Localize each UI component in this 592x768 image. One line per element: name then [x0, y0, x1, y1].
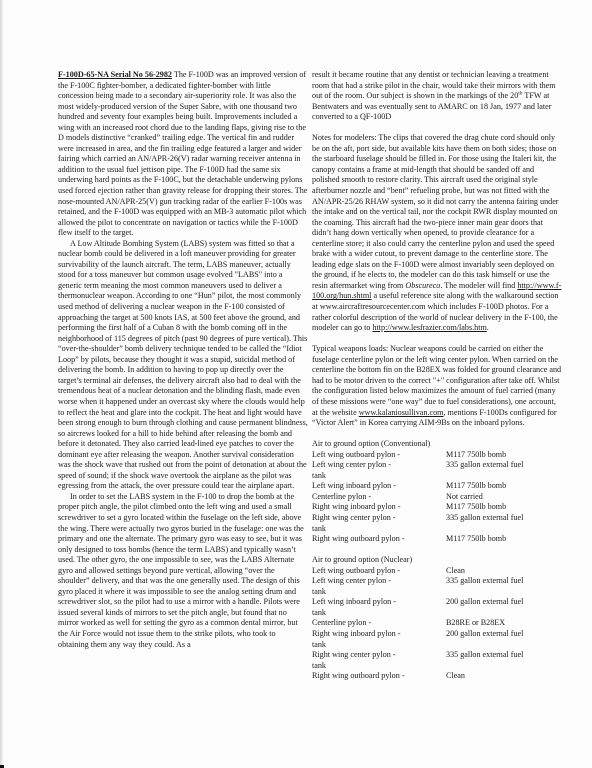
- nuclear-heading: Air to ground option (Nuclear): [312, 555, 562, 566]
- link-aircraft-resource-center[interactable]: www.aircraftresourcecenter.com: [320, 302, 426, 311]
- pylon-position: Right wing center pylon -: [312, 513, 446, 524]
- loadout-row: Left wing center pylon -335 gallon exter…: [312, 576, 562, 587]
- loadout-row: Left wing inboard pylon -200 gallon exte…: [312, 597, 562, 608]
- pylon-position: Left wing outboard pylon -: [312, 450, 446, 461]
- pylon-store: 335 gallon external fuel: [446, 460, 562, 471]
- conventional-heading: Air to ground option (Conventional): [312, 439, 562, 450]
- pylon-position: Left wing outboard pylon -: [312, 566, 446, 577]
- pylon-store: 335 gallon external fuel: [446, 650, 562, 661]
- loadout-entry: Left wing outboard pylon -Clean: [312, 566, 562, 577]
- loadout-row: Right wing inboard pylon -M117 750lb bom…: [312, 502, 562, 513]
- modelers-text-a: Notes for modelers: The clips that cover…: [312, 133, 559, 290]
- loadout-entry: Right wing inboard pylon -M117 750lb bom…: [312, 502, 562, 513]
- pylon-position: Left wing center pylon -: [312, 460, 446, 471]
- pylon-store: 335 gallon external fuel: [446, 513, 562, 524]
- pylon-store: Not carried: [446, 492, 562, 503]
- intro-text: The F-100D was an improved version of th…: [58, 70, 307, 237]
- loadout-row: Left wing center pylon -335 gallon exter…: [312, 460, 562, 471]
- modelers-notes-paragraph: Notes for modelers: The clips that cover…: [312, 133, 562, 333]
- loadout-row: Left wing inboard pylon -M117 750lb bomb: [312, 481, 562, 492]
- pylon-position: Left wing inboard pylon -: [312, 481, 446, 492]
- weapons-loads-paragraph: Typical weapons loads: Nuclear weapons c…: [312, 344, 562, 428]
- pylon-store-continuation: tank: [312, 524, 562, 535]
- modelers-text-e: .: [487, 323, 489, 332]
- pylon-store-continuation: tank: [312, 661, 562, 672]
- pylon-store: B28RE or B28EX: [446, 618, 562, 629]
- loadout-row: Right wing center pylon -335 gallon exte…: [312, 513, 562, 524]
- pylon-position: Centerline pylon -: [312, 492, 446, 503]
- pylon-store: M117 750lb bomb: [446, 481, 562, 492]
- pylon-position: Left wing inboard pylon -: [312, 597, 446, 608]
- loadout-row: Right wing center pylon -335 gallon exte…: [312, 650, 562, 661]
- pylon-store: Clean: [446, 566, 562, 577]
- loadout-entry: Left wing center pylon -335 gallon exter…: [312, 576, 562, 597]
- loadout-entry: Left wing outboard pylon -M117 750lb bom…: [312, 450, 562, 461]
- pylon-store: 200 gallon external fuel: [446, 629, 562, 640]
- loadout-entry: Right wing center pylon -335 gallon exte…: [312, 650, 562, 671]
- paragraph-gap: [312, 123, 562, 134]
- pylon-store: M117 750lb bomb: [446, 502, 562, 513]
- article-title: F-100D-65-NA Serial No 56-2982: [58, 70, 172, 79]
- loadout-row: Centerline pylon -B28RE or B28EX: [312, 618, 562, 629]
- document-page: F-100D-65-NA Serial No 56-2982 The F-100…: [0, 0, 592, 768]
- intro-paragraph: F-100D-65-NA Serial No 56-2982 The F-100…: [58, 70, 308, 239]
- scan-edge-shadow: [0, 0, 3, 768]
- loadout-row: Centerline pylon -Not carried: [312, 492, 562, 503]
- pylon-position: Right wing outboard pylon -: [312, 671, 446, 682]
- left-column: F-100D-65-NA Serial No 56-2982 The F-100…: [58, 70, 308, 650]
- loadout-entry: Centerline pylon -B28RE or B28EX: [312, 618, 562, 629]
- pylon-store-continuation: tank: [312, 608, 562, 619]
- brand-obscureco: Obscureco: [405, 281, 440, 290]
- pylon-position: Right wing inboard pylon -: [312, 629, 446, 640]
- continuation-paragraph: result it became routine that any dentis…: [312, 70, 562, 123]
- nuclear-loadout: Air to ground option (Nuclear) Left wing…: [312, 555, 562, 682]
- pylon-store: M117 750lb bomb: [446, 450, 562, 461]
- gyro-paragraph: In order to set the LABS system in the F…: [58, 492, 308, 650]
- paragraph-gap: [312, 545, 562, 556]
- link-lesfrazier[interactable]: http://www.lesfrazier.com/labs.htm: [372, 323, 486, 332]
- weapons-text-a: Typical weapons loads: Nuclear weapons c…: [312, 344, 561, 416]
- loadout-row: Left wing outboard pylon -Clean: [312, 566, 562, 577]
- loadout-entry: Right wing outboard pylon -Clean: [312, 671, 562, 682]
- pylon-store: 200 gallon external fuel: [446, 597, 562, 608]
- pylon-position: Right wing inboard pylon -: [312, 502, 446, 513]
- right-column: result it became routine that any dentis…: [312, 70, 562, 682]
- loadout-row: Right wing inboard pylon -200 gallon ext…: [312, 629, 562, 640]
- loadout-entry: Left wing center pylon -335 gallon exter…: [312, 460, 562, 481]
- loadout-entry: Left wing inboard pylon -200 gallon exte…: [312, 597, 562, 618]
- loadout-row: Right wing outboard pylon -M117 750lb bo…: [312, 534, 562, 545]
- loadout-entry: Right wing inboard pylon -200 gallon ext…: [312, 629, 562, 650]
- pylon-store: M117 750lb bomb: [446, 534, 562, 545]
- paragraph-gap: [312, 429, 562, 440]
- pylon-position: Right wing center pylon -: [312, 650, 446, 661]
- pylon-store-continuation: tank: [312, 587, 562, 598]
- loadout-row: Right wing outboard pylon -Clean: [312, 671, 562, 682]
- pylon-store-continuation: tank: [312, 471, 562, 482]
- modelers-text-b: . The modeler will find: [440, 281, 517, 290]
- pylon-store: 335 gallon external fuel: [446, 576, 562, 587]
- pylon-position: Centerline pylon -: [312, 618, 446, 629]
- pylon-store-continuation: tank: [312, 640, 562, 651]
- labs-paragraph: A Low Altitude Bombing System (LABS) sys…: [58, 239, 308, 492]
- loadout-entry: Right wing center pylon -335 gallon exte…: [312, 513, 562, 534]
- link-kalaniosullivan[interactable]: www.kalaniosullivan.com: [359, 408, 444, 417]
- pylon-store: Clean: [446, 671, 562, 682]
- loadout-entry: Centerline pylon -Not carried: [312, 492, 562, 503]
- loadout-row: Left wing outboard pylon -M117 750lb bom…: [312, 450, 562, 461]
- loadout-entry: Right wing outboard pylon -M117 750lb bo…: [312, 534, 562, 545]
- paragraph-gap: [312, 334, 562, 345]
- conventional-loadout: Air to ground option (Conventional) Left…: [312, 439, 562, 544]
- pylon-position: Right wing outboard pylon -: [312, 534, 446, 545]
- loadout-entry: Left wing inboard pylon -M117 750lb bomb: [312, 481, 562, 492]
- pylon-position: Left wing center pylon -: [312, 576, 446, 587]
